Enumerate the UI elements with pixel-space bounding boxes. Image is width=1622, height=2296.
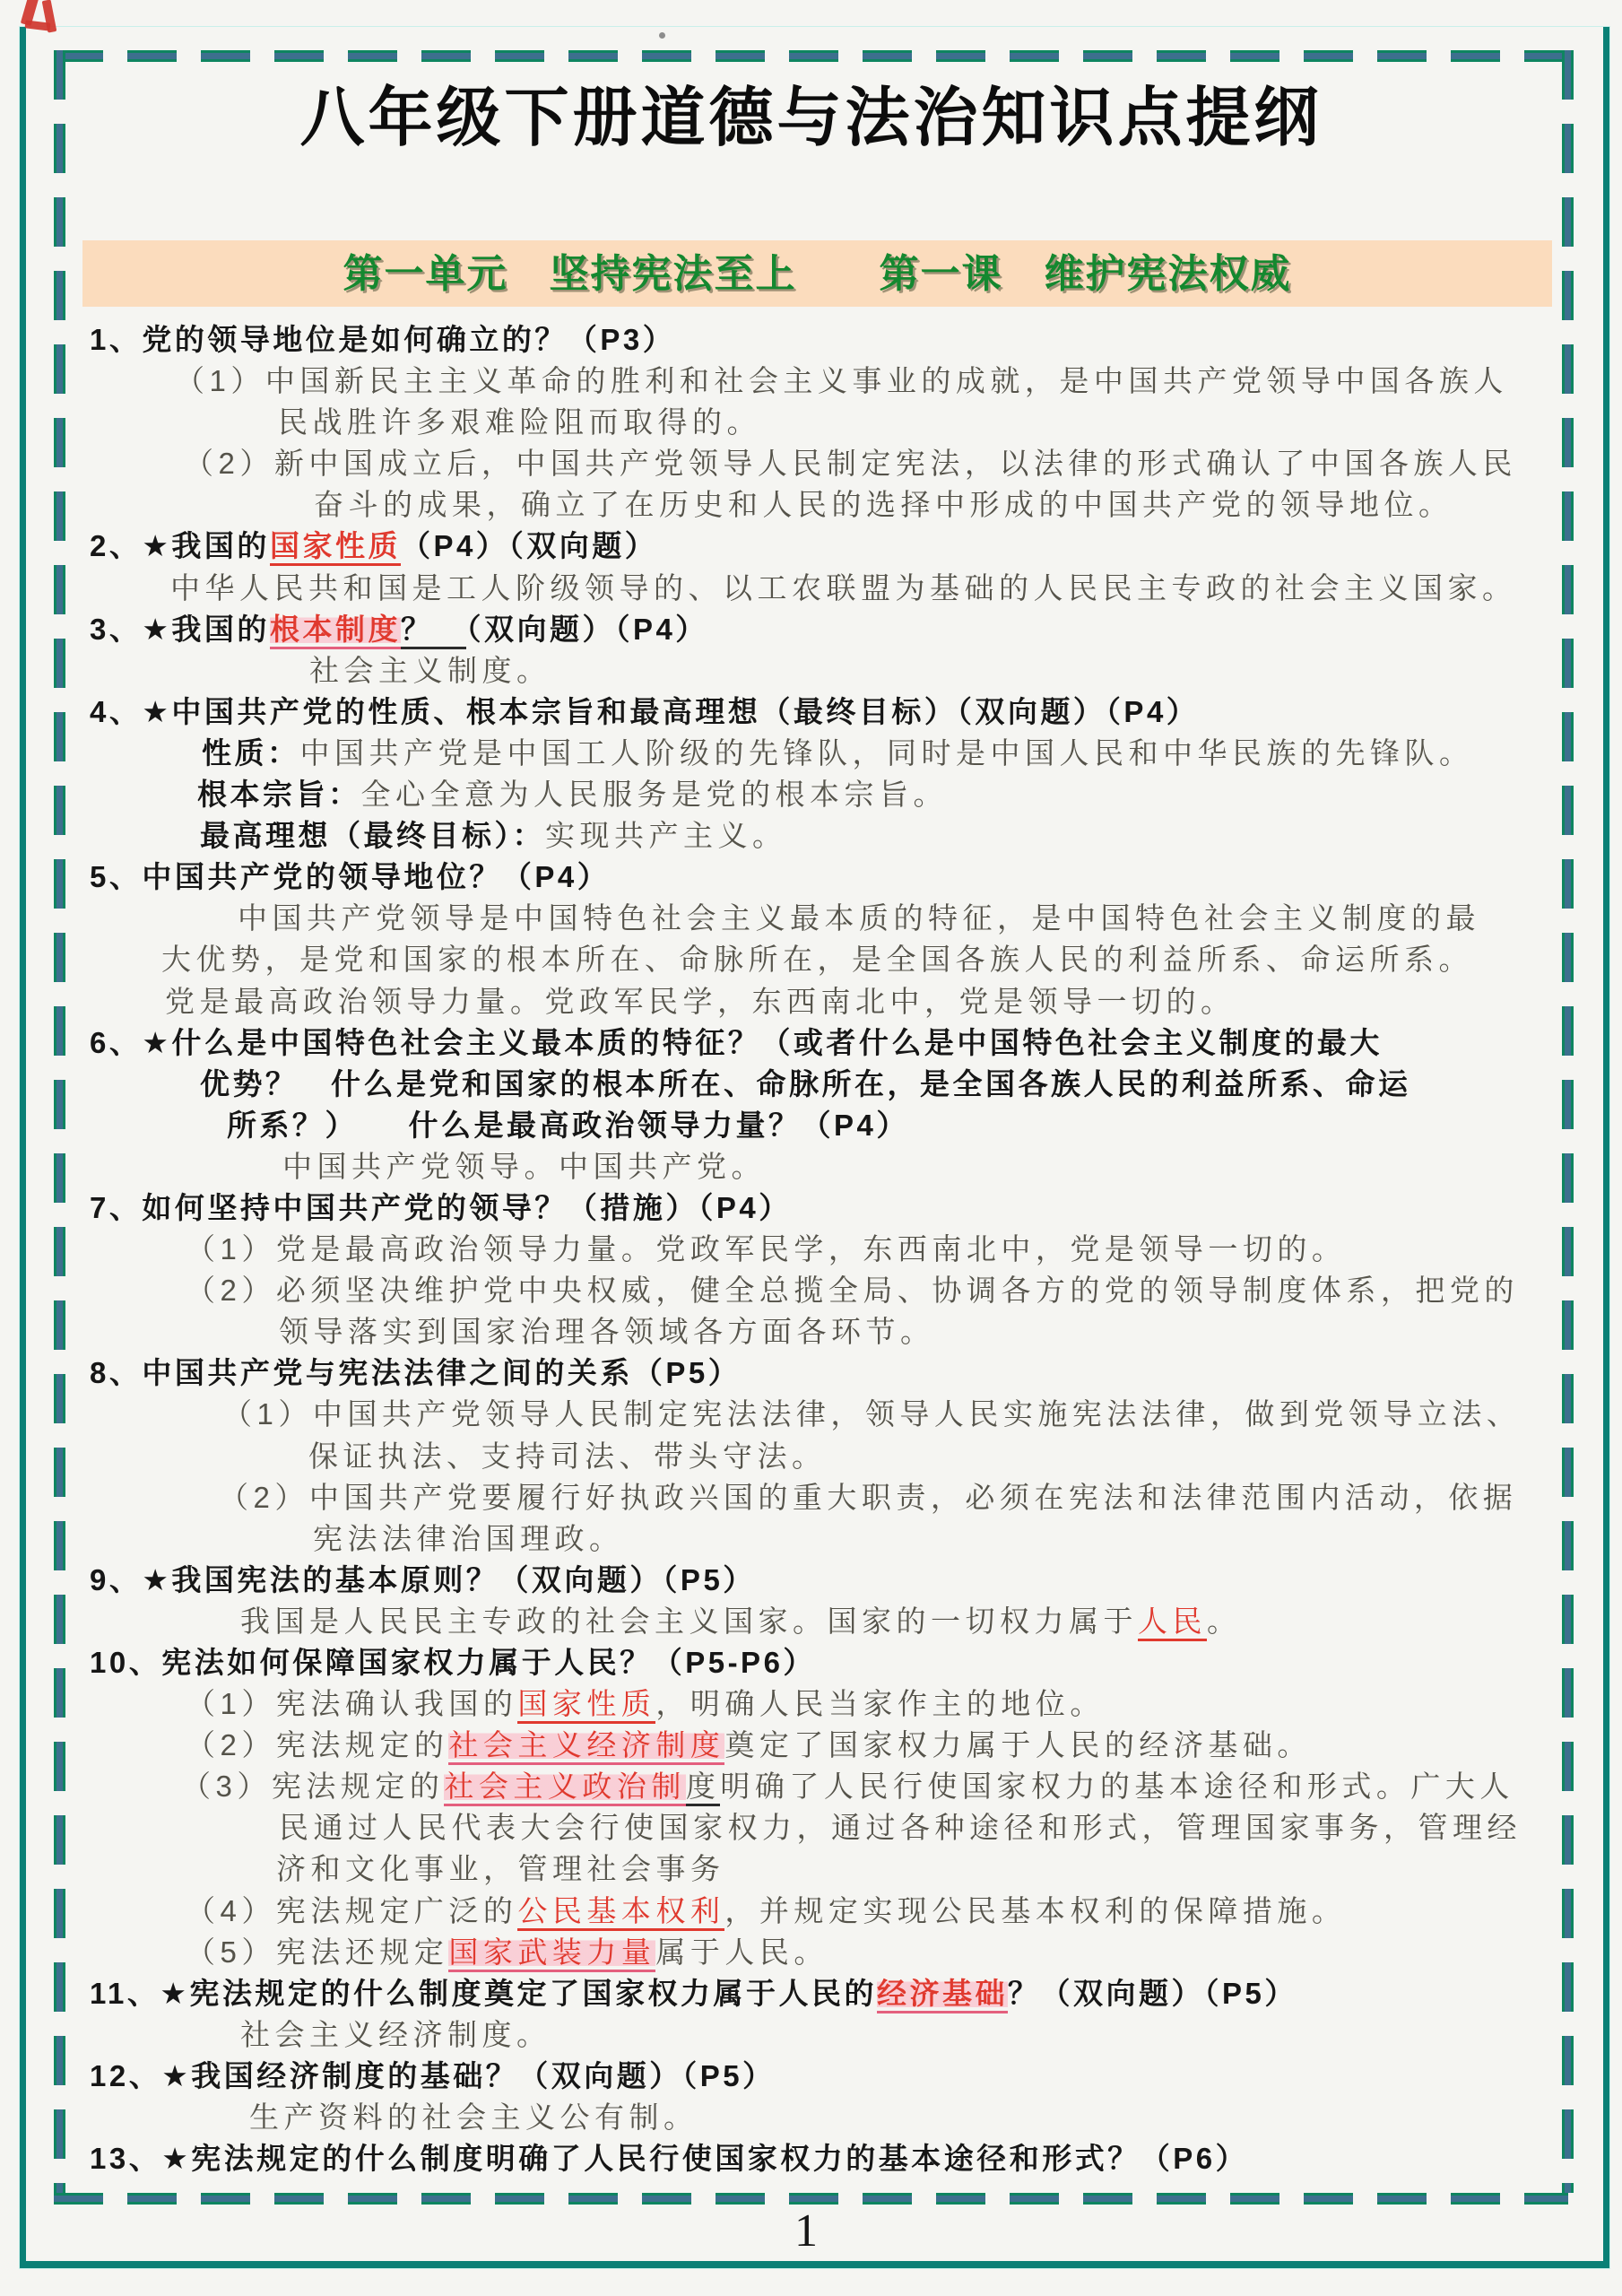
- red-key-term: 公民基本权利: [517, 1894, 724, 1931]
- content-line: 13、★宪法规定的什么制度明确了人民行使国家权力的基本途径和形式？（P6）: [90, 2138, 1578, 2179]
- red-key-term: 人民: [1138, 1605, 1207, 1641]
- text-segment: （P4）（双向题）: [401, 529, 657, 562]
- text-segment: （双向题）（P4）: [466, 613, 708, 646]
- content-line: 大优势，是党和国家的根本所在、命脉所在，是全国各族人民的利益所系、命运所系。: [90, 939, 1578, 980]
- text-segment: 社会主义经济制度。: [240, 2018, 551, 2051]
- text-segment: 13、★宪法规定的什么制度明确了人民行使国家权力的基本途径和形式？（P6）: [90, 2142, 1248, 2175]
- text-segment: 奠定了国家权力属于人民的经济基础。: [724, 1728, 1312, 1761]
- text-segment: 大优势，是党和国家的根本所在、命脉所在，是全国各族人民的利益所系、命运所系。: [161, 943, 1473, 976]
- page-number: 1: [794, 2205, 818, 2257]
- section-header-band: 第一单元 坚持宪法至上 第一课 维护宪法权威: [82, 240, 1552, 307]
- red-key-term: 根本制度: [270, 613, 401, 649]
- content-line: 保证执法、支持司法、带头守法。: [90, 1436, 1578, 1477]
- dashed-border-top: [54, 50, 1568, 62]
- text-segment: 奋斗的成果，确立了在历史和人民的选择中形成的中国共产党的领导地位。: [314, 488, 1453, 521]
- content-line: （2）宪法规定的社会主义经济制度奠定了国家权力属于人民的经济基础。: [90, 1725, 1578, 1766]
- text-segment: 3、★我国的: [90, 613, 270, 646]
- text-segment: 我国是人民民主专政的社会主义国家。国家的一切权力属于: [240, 1605, 1138, 1638]
- content-line: 5、中国共产党的领导地位？（P4）: [90, 857, 1578, 898]
- text-segment: 领导落实到国家治理各领域各方面各环节。: [279, 1315, 935, 1348]
- content-line: （3）宪法规定的社会主义政治制度明确了人民行使国家权力的基本途径和形式。广大人: [90, 1766, 1578, 1807]
- content-line: 宪法法律治国理政。: [90, 1518, 1578, 1560]
- content-line: （1）党是最高政治领导力量。党政军民学，东西南北中，党是领导一切的。: [90, 1229, 1578, 1270]
- content-line: （5）宪法还规定国家武装力量属于人民。: [90, 1932, 1578, 1973]
- text-segment: 度: [686, 1770, 721, 1806]
- red-key-term: 社会主义经济制度: [448, 1728, 724, 1765]
- text-segment: 宪法法律治国理政。: [313, 1522, 624, 1555]
- content-line: 性质：中国共产党是中国工人阶级的先锋队，同时是中国人民和中华民族的先锋队。: [90, 733, 1578, 774]
- dashed-border-left: [54, 50, 65, 2193]
- text-segment: 性质：: [202, 736, 300, 770]
- red-key-term: 国家性质: [517, 1687, 655, 1724]
- text-segment: 2、★我国的: [90, 529, 270, 562]
- text-segment: 5、中国共产党的领导地位？（P4）: [90, 860, 610, 893]
- text-segment: （5）宪法还规定: [186, 1935, 448, 1969]
- content-line: 领导落实到国家治理各领域各方面各环节。: [90, 1311, 1578, 1352]
- content-line: 1、党的领导地位是如何确立的？（P3）: [90, 319, 1578, 361]
- text-segment: （2）必须坚决维护党中央权威，健全总揽全局、协调各方的党的领导制度体系，把党的: [186, 1274, 1519, 1307]
- content-line: 中国共产党领导是中国特色社会主义最本质的特征，是中国特色社会主义制度的最: [90, 898, 1578, 939]
- content-line: （4）宪法规定广泛的公民基本权利，并规定实现公民基本权利的保障措施。: [90, 1891, 1578, 1932]
- content-line: （2）新中国成立后，中国共产党领导人民制定宪法，以法律的形式确认了中国各族人民: [90, 443, 1578, 484]
- text-segment: 民战胜许多艰难险阻而取得的。: [278, 405, 761, 439]
- document-title: 八年级下册道德与法治知识点提纲: [0, 77, 1622, 160]
- content-line: 所系？） 什么是最高政治领导力量？（P4）: [90, 1105, 1578, 1146]
- text-segment: 9、★我国宪法的基本原则？（双向题）（P5）: [90, 1563, 756, 1596]
- text-segment: 11、★宪法规定的什么制度奠定了国家权力属于人民的: [90, 1977, 877, 2010]
- text-segment: 8、中国共产党与宪法法律之间的关系（P5）: [90, 1356, 741, 1389]
- content-line: 党是最高政治领导力量。党政军民学，东西南北中，党是领导一切的。: [90, 981, 1578, 1022]
- dashed-border-bottom: [54, 2193, 1568, 2205]
- text-segment: 所系？） 什么是最高政治领导力量？（P4）: [227, 1109, 909, 1142]
- content-line: 奋斗的成果，确立了在历史和人民的选择中形成的中国共产党的领导地位。: [90, 484, 1578, 526]
- content-line: 中华人民共和国是工人阶级领导的、以工农联盟为基础的人民民主专政的社会主义国家。: [90, 568, 1578, 609]
- text-segment: 济和文化事业，管理社会事务: [276, 1852, 725, 1885]
- text-segment: 生产资料的社会主义公有制。: [249, 2100, 698, 2134]
- text-segment: （1）中国新民主主义革命的胜利和社会主义事业的成就，是中国共产党领导中国各族人: [175, 364, 1508, 397]
- text-segment: 全心全意为人民服务是党的根本宗旨。: [361, 778, 949, 811]
- text-segment: ？: [401, 613, 466, 649]
- content-line: （1）中国新民主主义革命的胜利和社会主义事业的成就，是中国共产党领导中国各族人: [90, 361, 1578, 402]
- text-segment: （2）新中国成立后，中国共产党领导人民制定宪法，以法律的形式确认了中国各族人民: [184, 447, 1517, 480]
- text-segment: 1、党的领导地位是如何确立的？（P3）: [90, 323, 675, 356]
- content-area: 1、党的领导地位是如何确立的？（P3）（1）中国新民主主义革命的胜利和社会主义事…: [90, 319, 1578, 2179]
- content-line: 11、★宪法规定的什么制度奠定了国家权力属于人民的经济基础？（双向题）（P5）: [90, 1973, 1578, 2014]
- text-segment: 7、如何坚持中国共产党的领导？（措施）（P4）: [90, 1191, 792, 1224]
- content-line: 12、★我国经济制度的基础？（双向题）（P5）: [90, 2056, 1578, 2097]
- text-segment: 保证执法、支持司法、带头守法。: [308, 1439, 827, 1473]
- content-line: 2、★我国的国家性质（P4）（双向题）: [90, 526, 1578, 567]
- text-segment: （2）宪法规定的: [186, 1728, 448, 1761]
- text-segment: （1）宪法确认我国的: [186, 1687, 517, 1720]
- content-line: 社会主义经济制度。: [90, 2014, 1578, 2056]
- text-segment: 中国共产党是中国工人阶级的先锋队，同时是中国人民和中华民族的先锋队。: [300, 736, 1474, 770]
- text-segment: （1）中国共产党领导人民制定宪法法律，领导人民实施宪法法律，做到党领导立法、: [222, 1397, 1521, 1431]
- text-segment: 中国共产党领导。中国共产党。: [282, 1150, 766, 1183]
- content-line: 社会主义制度。: [90, 650, 1578, 691]
- text-segment: 。: [1207, 1605, 1242, 1638]
- text-segment: （3）宪法规定的: [181, 1770, 444, 1803]
- content-line: 3、★我国的根本制度？ （双向题）（P4）: [90, 609, 1578, 650]
- content-line: 8、中国共产党与宪法法律之间的关系（P5）: [90, 1352, 1578, 1394]
- text-segment: 民通过人民代表大会行使国家权力，通过各种途径和形式，管理国家事务，管理经: [279, 1811, 1522, 1844]
- section-header-text: 第一单元 坚持宪法至上 第一课 维护宪法权威: [82, 240, 1552, 307]
- red-key-term: 国家武装力量: [448, 1935, 655, 1972]
- content-line: 6、★什么是中国特色社会主义最本质的特征？（或者什么是中国特色社会主义制度的最大: [90, 1022, 1578, 1064]
- scanned-document-page: { "page": { "title": "八年级下册道德与法治知识点提纲", …: [0, 0, 1622, 2296]
- text-segment: （4）宪法规定广泛的: [186, 1894, 517, 1927]
- text-segment: 党是最高政治领导力量。党政军民学，东西南北中，党是领导一切的。: [165, 985, 1236, 1018]
- text-segment: 社会主义制度。: [309, 654, 551, 687]
- red-key-term: 国家性质: [270, 529, 401, 566]
- text-segment: 根本宗旨：: [197, 778, 361, 811]
- text-segment: 优势？ 什么是党和国家的根本所在、命脉所在，是全国各族人民的利益所系、命运: [200, 1067, 1411, 1100]
- content-line: 10、宪法如何保障国家权力属于人民？（P5-P6）: [90, 1642, 1578, 1683]
- text-segment: 最高理想（最终目标）：: [200, 819, 545, 852]
- text-segment: （2）中国共产党要履行好执政兴国的重大职责，必须在宪法和法律范围内活动，依据: [219, 1481, 1517, 1514]
- text-segment: （1）党是最高政治领导力量。党政军民学，东西南北中，党是领导一切的。: [186, 1232, 1346, 1265]
- content-line: 济和文化事业，管理社会事务: [90, 1848, 1578, 1890]
- text-segment: 实现共产主义。: [545, 819, 787, 852]
- text-segment: 属于人民。: [655, 1935, 828, 1969]
- text-segment: 12、★我国经济制度的基础？（双向题）（P5）: [90, 2059, 776, 2092]
- text-segment: 10、宪法如何保障国家权力属于人民？（P5-P6）: [90, 1646, 816, 1679]
- content-line: 优势？ 什么是党和国家的根本所在、命脉所在，是全国各族人民的利益所系、命运: [90, 1064, 1578, 1105]
- content-line: 民战胜许多艰难险阻而取得的。: [90, 402, 1578, 443]
- content-line: 最高理想（最终目标）：实现共产主义。: [90, 815, 1578, 857]
- text-segment: ？（双向题）（P5）: [1008, 1977, 1297, 2010]
- text-segment: 4、★中国共产党的性质、根本宗旨和最高理想（最终目标）（双向题）（P4）: [90, 695, 1199, 728]
- content-line: 中国共产党领导。中国共产党。: [90, 1146, 1578, 1187]
- content-line: 7、如何坚持中国共产党的领导？（措施）（P4）: [90, 1187, 1578, 1229]
- content-line: 生产资料的社会主义公有制。: [90, 2097, 1578, 2138]
- content-line: （2）中国共产党要履行好执政兴国的重大职责，必须在宪法和法律范围内活动，依据: [90, 1477, 1578, 1518]
- content-line: 4、★中国共产党的性质、根本宗旨和最高理想（最终目标）（双向题）（P4）: [90, 691, 1578, 733]
- text-segment: ，明确人民当家作主的地位。: [655, 1687, 1105, 1720]
- text-segment: 明确了人民行使国家权力的基本途径和形式。广大人: [720, 1770, 1514, 1803]
- content-line: （2）必须坚决维护党中央权威，健全总揽全局、协调各方的党的领导制度体系，把党的: [90, 1270, 1578, 1311]
- content-line: 我国是人民民主专政的社会主义国家。国家的一切权力属于人民。: [90, 1601, 1578, 1642]
- text-segment: 中国共产党领导是中国特色社会主义最本质的特征，是中国特色社会主义制度的最: [238, 901, 1480, 935]
- scan-speck: [659, 32, 665, 39]
- content-line: 根本宗旨：全心全意为人民服务是党的根本宗旨。: [90, 774, 1578, 815]
- content-line: （1）中国共产党领导人民制定宪法法律，领导人民实施宪法法律，做到党领导立法、: [90, 1394, 1578, 1435]
- red-key-term: 经济基础: [877, 1977, 1008, 2013]
- content-line: （1）宪法确认我国的国家性质，明确人民当家作主的地位。: [90, 1683, 1578, 1725]
- text-segment: ，并规定实现公民基本权利的保障措施。: [724, 1894, 1346, 1927]
- content-line: 9、★我国宪法的基本原则？（双向题）（P5）: [90, 1560, 1578, 1601]
- text-segment: 6、★什么是中国特色社会主义最本质的特征？（或者什么是中国特色社会主义制度的最大: [90, 1026, 1383, 1059]
- text-segment: 中华人民共和国是工人阶级领导的、以工农联盟为基础的人民民主专政的社会主义国家。: [170, 571, 1517, 604]
- content-line: 民通过人民代表大会行使国家权力，通过各种途径和形式，管理国家事务，管理经: [90, 1807, 1578, 1848]
- red-key-term: 社会主义政治制: [444, 1770, 686, 1806]
